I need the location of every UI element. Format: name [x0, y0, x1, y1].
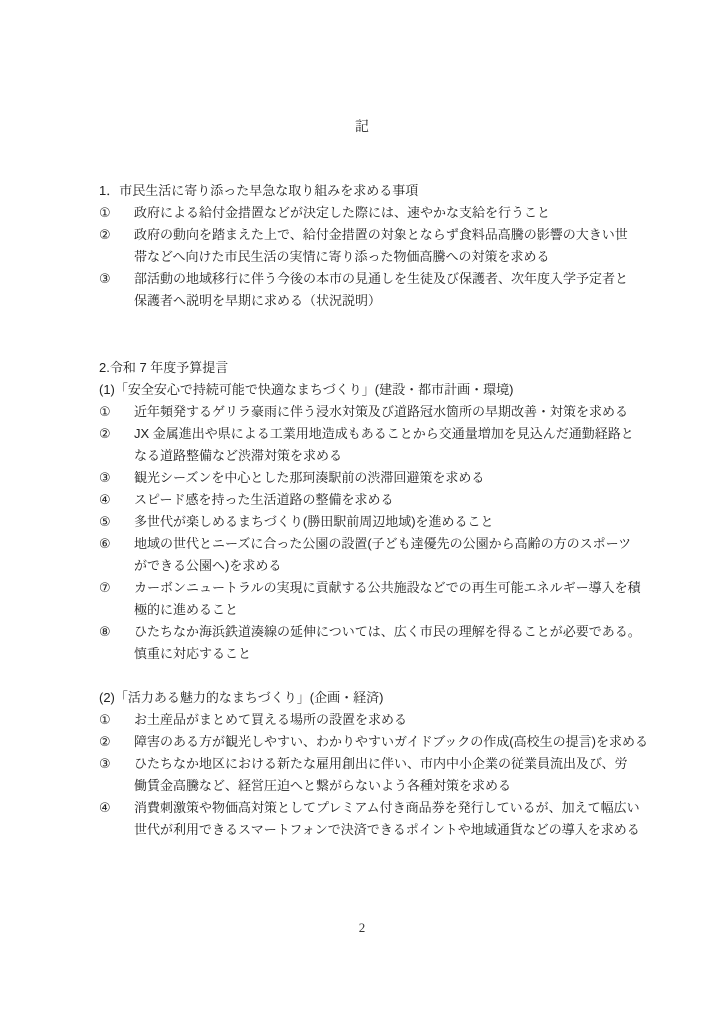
item-text-line: 障害のある方が観光しやすい、わかりやすいガイドブックの作成(高校生の提言)を求め…: [134, 731, 684, 753]
circled-number-marker: ②: [99, 731, 134, 753]
list-item: ⑧ ひたちなか海浜鉄道湊線の延伸については、広く市民の理解を得ることが必要である…: [99, 621, 684, 665]
item-text-line: ひたちなか地区における新たな雇用創出に伴い、市内中小企業の従業員流出及び、労: [134, 753, 684, 775]
item-text-line: 慎重に対応すること: [134, 643, 684, 665]
item-text-line: カーボンニュートラルの実現に貢献する公共施設などでの再生可能エネルギー導入を積: [134, 577, 684, 599]
list-item: ① 近年頻発するゲリラ豪雨に伴う浸水対策及び道路冠水箇所の早期改善・対策を求める: [99, 401, 684, 423]
item-text-line: なる道路整備など渋滞対策を求める: [134, 445, 684, 467]
list-item: ⑥ 地域の世代とニーズに合った公園の設置(子ども達優先の公園から高齢の方のスポー…: [99, 533, 684, 577]
circled-number-marker: ④: [99, 489, 134, 511]
item-text-line: ができる公園へ)を求める: [134, 555, 684, 577]
section-title: 2.令和 7 年度予算提言: [99, 357, 684, 379]
item-text-line: 近年頻発するゲリラ豪雨に伴う浸水対策及び道路冠水箇所の早期改善・対策を求める: [134, 401, 684, 423]
item-text-line: 部活動の地域移行に伴う今後の本市の見通しを生徒及び保護者、次年度入学予定者と: [134, 268, 684, 290]
circled-number-marker: ①: [99, 709, 134, 731]
list-item: ④ 消費刺激策や物価高対策としてプレミアム付き商品券を発行しているが、加えて幅広…: [99, 797, 684, 841]
list-item: ③ 部活動の地域移行に伴う今後の本市の見通しを生徒及び保護者、次年度入学予定者と…: [99, 268, 684, 312]
item-text-line: 保護者へ説明を早期に求める（状況説明）: [134, 290, 684, 312]
circled-number-marker: ⑤: [99, 511, 134, 533]
circled-number-marker: ⑧: [99, 621, 134, 643]
list-item: ③ 観光シーズンを中心とした那珂湊駅前の渋滞回避策を求める: [99, 467, 684, 489]
item-text-line: 政府による給付金措置などが決定した際には、速やかな支給を行うこと: [134, 202, 684, 224]
list-item: ③ ひたちなか地区における新たな雇用創出に伴い、市内中小企業の従業員流出及び、労…: [99, 753, 684, 797]
section-budget-proposals: 2.令和 7 年度予算提言 (1)「安全安心で持続可能で快適なまちづくり」(建設…: [99, 357, 684, 665]
circled-number-marker: ③: [99, 268, 134, 290]
item-text-line: 政府の動向を踏まえた上で、給付金措置の対象とならず食料品高騰の影響の大きい世: [134, 224, 684, 246]
item-text-line: お土産品がまとめて買える場所の設置を求める: [134, 709, 684, 731]
list-item: ① 政府による給付金措置などが決定した際には、速やかな支給を行うこと: [99, 202, 684, 224]
circled-number-marker: ④: [99, 797, 134, 819]
subsection-title-vibrant-attractive-town: (2)「活力ある魅力的なまちづくり」(企画・経済): [99, 687, 684, 709]
list-item: ④ スピード感を持った生活道路の整備を求める: [99, 489, 684, 511]
page-number: 2: [0, 917, 724, 939]
item-text-line: 地域の世代とニーズに合った公園の設置(子ども達優先の公園から高齢の方のスポーツ: [134, 533, 684, 555]
item-text-line: JX 金属進出や県による工業用地造成もあることから交通量増加を見込んだ通勤経路と: [134, 423, 684, 445]
circled-number-marker: ⑦: [99, 577, 134, 599]
section-urgent-requests: 1．市民生活に寄り添った早急な取り組みを求める事項 ① 政府による給付金措置など…: [99, 180, 684, 312]
item-text-line: ひたちなか海浜鉄道湊線の延伸については、広く市民の理解を得ることが必要である。: [134, 621, 684, 643]
item-text-line: 観光シーズンを中心とした那珂湊駅前の渋滞回避策を求める: [134, 467, 684, 489]
subsection-vibrant-attractive-town: (2)「活力ある魅力的なまちづくり」(企画・経済) ① お土産品がまとめて買える…: [99, 687, 684, 841]
list-item: ② 政府の動向を踏まえた上で、給付金措置の対象とならず食料品高騰の影響の大きい世…: [99, 224, 684, 268]
circled-number-marker: ③: [99, 467, 134, 489]
subsection-title-safe-comfortable-town: (1)「安全安心で持続可能で快適なまちづくり」(建設・都市計画・環境): [99, 379, 684, 401]
circled-number-marker: ①: [99, 202, 134, 224]
item-text-line: 働賃金高騰など、経営圧迫へと繋がらないよう各種対策を求める: [134, 775, 684, 797]
item-text-line: 多世代が楽しめるまちづくり(勝田駅前周辺地域)を進めること: [134, 511, 684, 533]
item-text-line: 世代が利用できるスマートフォンで決済できるポイントや地域通貨などの導入を求める: [134, 819, 684, 841]
list-item: ① お土産品がまとめて買える場所の設置を求める: [99, 709, 684, 731]
page-heading-ki: 記: [0, 115, 724, 137]
section-title: 1．市民生活に寄り添った早急な取り組みを求める事項: [99, 180, 684, 202]
item-text-line: スピード感を持った生活道路の整備を求める: [134, 489, 684, 511]
list-item: ② 障害のある方が観光しやすい、わかりやすいガイドブックの作成(高校生の提言)を…: [99, 731, 684, 753]
item-text-line: 消費刺激策や物価高対策としてプレミアム付き商品券を発行しているが、加えて幅広い: [134, 797, 684, 819]
list-item: ⑦ カーボンニュートラルの実現に貢献する公共施設などでの再生可能エネルギー導入を…: [99, 577, 684, 621]
circled-number-marker: ③: [99, 753, 134, 775]
item-text-line: 極的に進めること: [134, 599, 684, 621]
circled-number-marker: ⑥: [99, 533, 134, 555]
document-page: 記 1．市民生活に寄り添った早急な取り組みを求める事項 ① 政府による給付金措置…: [0, 0, 724, 1024]
circled-number-marker: ②: [99, 224, 134, 246]
item-text-line: 帯などへ向けた市民生活の実情に寄り添った物価高騰への対策を求める: [134, 246, 684, 268]
list-item: ② JX 金属進出や県による工業用地造成もあることから交通量増加を見込んだ通勤経…: [99, 423, 684, 467]
list-item: ⑤ 多世代が楽しめるまちづくり(勝田駅前周辺地域)を進めること: [99, 511, 684, 533]
circled-number-marker: ②: [99, 423, 134, 445]
circled-number-marker: ①: [99, 401, 134, 423]
